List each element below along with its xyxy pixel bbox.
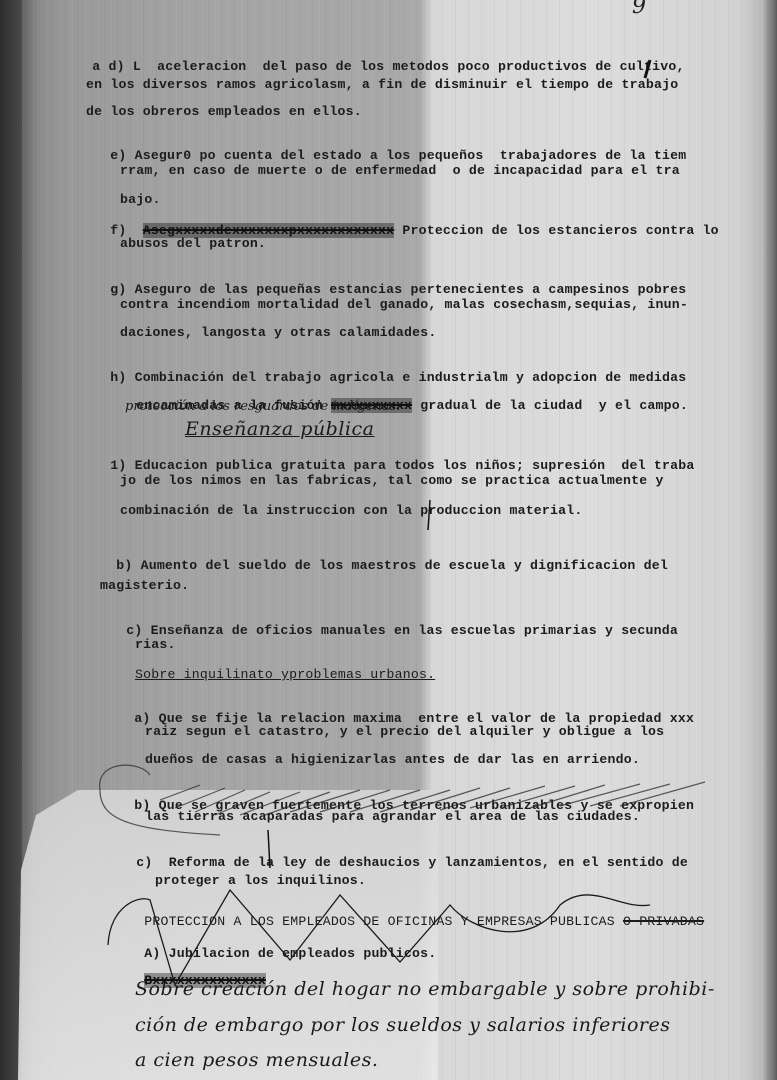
hatch-crossout-mark bbox=[100, 765, 705, 835]
correction-mark bbox=[645, 60, 650, 78]
correction-mark bbox=[268, 830, 270, 868]
pen-scribbles bbox=[0, 0, 777, 1080]
correction-mark bbox=[428, 500, 430, 530]
zigzag-crossout-mark bbox=[108, 890, 650, 985]
